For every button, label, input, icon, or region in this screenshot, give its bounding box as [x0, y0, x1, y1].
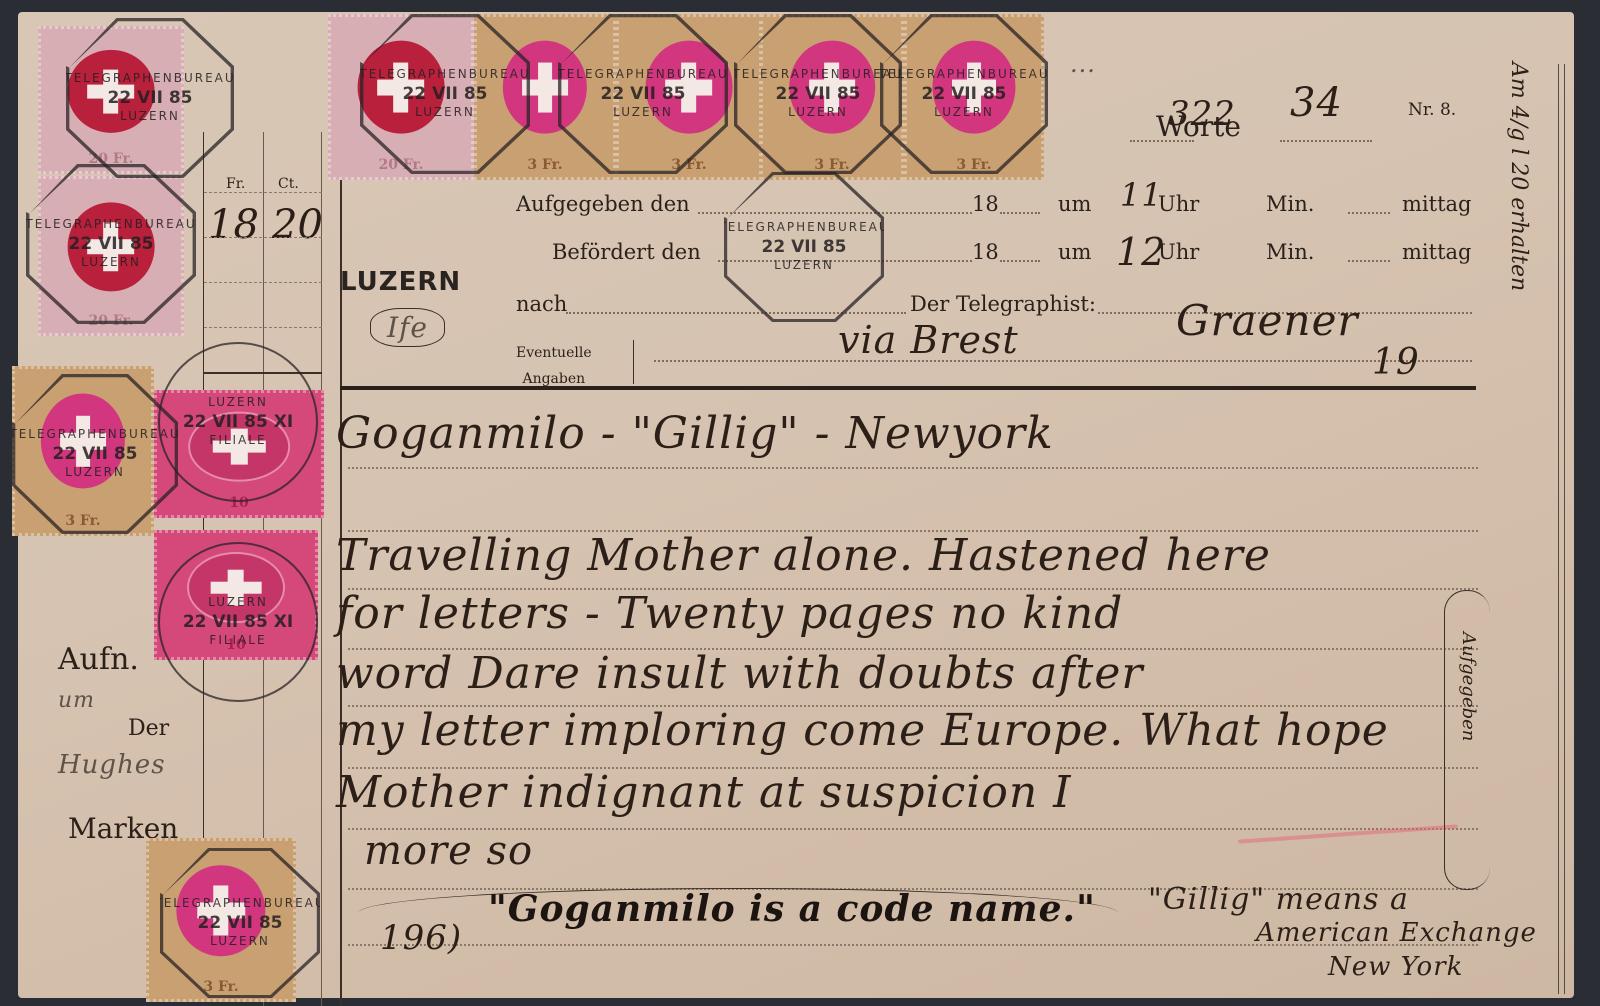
postmark-octagon: TELEGRAPHENBUREAU22 VII 85LUZERN — [880, 14, 1048, 174]
postmark-text: LUZERN — [359, 105, 530, 121]
um-label: um — [1058, 192, 1091, 216]
postmark-text: LUZERN — [9, 465, 180, 481]
message-line-4: my letter imploring come Europe. What ho… — [336, 705, 1389, 756]
postmark-octagon: TELEGRAPHENBUREAU22 VII 85LUZERN — [160, 848, 320, 998]
uhr-label: Uhr — [1158, 192, 1199, 216]
postmark-date: 22 VII 85 — [9, 443, 180, 465]
form-number: Nr. 8. — [1408, 100, 1456, 120]
postmark-text: TELEGRAPHENBUREAU — [154, 896, 325, 912]
eventuelle-angaben-label: Eventuelle Angaben — [516, 340, 592, 392]
postmark-date: 22 VII 85 XI — [183, 611, 293, 633]
dotted-line — [1348, 212, 1390, 214]
postmark-text: TELEGRAPHENBUREAU — [359, 67, 530, 83]
postmark-circle: LUZERN22 VII 85 XIFILIALE — [158, 542, 318, 702]
frame-line — [1564, 64, 1565, 994]
postmark-date: 22 VII 85 — [154, 912, 325, 934]
year-prefix: 18 — [972, 240, 999, 264]
divider — [204, 282, 322, 283]
postmark-text: TELEGRAPHENBUREAU — [878, 67, 1049, 83]
postmark-text: FILIALE — [183, 633, 293, 649]
code-name-note: "Goganmilo is a code name." — [488, 888, 1096, 930]
dotted-line — [1348, 260, 1390, 262]
postmark-text: LUZERN — [557, 105, 728, 121]
stamp-value: 3 Fr. — [527, 157, 562, 173]
message-line-6: more so — [364, 828, 533, 874]
fr-label: Fr. — [226, 176, 245, 192]
mittag-label: mittag — [1402, 240, 1471, 264]
circled-note: Ife — [370, 308, 445, 347]
message-line-2: for letters - Twenty pages no kind — [336, 588, 1123, 639]
nach-label: nach — [516, 292, 567, 316]
postmark-text: LUZERN — [183, 595, 293, 611]
postmark-date: 22 VII 85 — [718, 236, 889, 258]
postmark-date: 22 VII 85 — [25, 233, 196, 255]
postmark-text: LUZERN — [732, 105, 903, 121]
bracket — [633, 340, 634, 384]
telegraphist-name: Graener — [1176, 296, 1359, 345]
hughes-note: Hughes — [58, 750, 166, 780]
der-label: Der — [128, 716, 169, 741]
postmark-text: FILIALE — [183, 433, 293, 449]
postmark-text: TELEGRAPHENBUREAU — [64, 71, 235, 87]
year-prefix: 18 — [972, 192, 999, 216]
postmark-text: LUZERN — [183, 395, 293, 411]
eventuelle-label: Eventuelle — [516, 340, 592, 366]
um-note: um — [58, 688, 95, 713]
telegraphist-label: Der Telegraphist: — [910, 292, 1096, 316]
uhr-label: Uhr — [1158, 240, 1199, 264]
gillig-note-2: American Exchange — [1256, 918, 1537, 948]
word-count: 34 — [1290, 80, 1343, 126]
telegram-form: Fr. 18 Ct. 20 LUZERN Ife 322 Worte 34 Nr… — [18, 12, 1574, 998]
um-label: um — [1058, 240, 1091, 264]
via-route: via Brest — [838, 318, 1019, 362]
worte-label: Worte — [1156, 110, 1241, 143]
fr-value: 18 — [208, 202, 259, 248]
divider — [204, 237, 322, 238]
postmark-date: 22 VII 85 XI — [183, 411, 293, 433]
dotted-line — [1000, 260, 1040, 262]
telegraphist-number: 19 — [1372, 342, 1420, 383]
postmark-text: LUZERN — [154, 934, 325, 950]
postmark-circle: LUZERN22 VII 85 XIFILIALE — [158, 342, 318, 502]
postmark-text: TELEGRAPHENBUREAU — [732, 67, 903, 83]
postmark-text: TELEGRAPHENBUREAU — [557, 67, 728, 83]
header-rule — [340, 386, 1476, 390]
postmark-octagon: TELEGRAPHENBUREAU22 VII 85LUZERN — [360, 14, 530, 174]
postmark-text: LUZERN — [878, 105, 1049, 121]
side-box-note: Aufgegeben — [1458, 632, 1479, 741]
postmark-text: LUZERN — [718, 258, 889, 274]
postmark-date: 22 VII 85 — [732, 83, 903, 105]
postmark-octagon: TELEGRAPHENBUREAU22 VII 85LUZERN — [558, 14, 728, 174]
message-line-3: word Dare insult with doubts after — [336, 648, 1143, 699]
postmark-date: 22 VII 85 — [557, 83, 728, 105]
ct-label: Ct. — [278, 176, 299, 192]
min-label: Min. — [1266, 192, 1314, 216]
divider — [204, 327, 322, 328]
min-label: Min. — [1266, 240, 1314, 264]
office-name: LUZERN — [340, 267, 461, 297]
postmark-octagon: TELEGRAPHENBUREAU22 VII 85LUZERN — [26, 164, 196, 324]
right-margin-note: Am 4/g l 20 erhalten — [1506, 62, 1531, 291]
message-line-5: Mother indignant at suspicion I — [336, 767, 1072, 818]
postmark-text: TELEGRAPHENBUREAU — [25, 217, 196, 233]
postmark-text: TELEGRAPHENBUREAU — [718, 220, 889, 236]
message-address: Goganmilo - "Gillig" - Newyork — [336, 408, 1054, 459]
postmark-date: 22 VII 85 — [878, 83, 1049, 105]
befoerdert-label: Befördert den — [552, 240, 701, 264]
gillig-note-3: New York — [1328, 952, 1463, 982]
postmark-octagon: TELEGRAPHENBUREAU22 VII 85LUZERN — [734, 14, 902, 174]
dotted-line — [1000, 212, 1040, 214]
divider — [204, 192, 322, 193]
aufgegeben-hour: 11 — [1120, 176, 1163, 214]
dotted-line — [1280, 140, 1372, 142]
message-line-1: Travelling Mother alone. Hastened here — [336, 530, 1271, 581]
postmark-date: 22 VII 85 — [64, 87, 235, 109]
postmark-text: LUZERN — [64, 109, 235, 125]
mittag-label: mittag — [1402, 192, 1471, 216]
number-note: 196) — [380, 918, 462, 958]
postmark-text: LUZERN — [25, 255, 196, 271]
postmark-octagon: TELEGRAPHENBUREAU22 VII 85LUZERN — [724, 172, 884, 322]
aufgegeben-label: Aufgegeben den — [516, 192, 690, 216]
dotted-line — [654, 360, 1472, 362]
aufn-label: Aufn. — [58, 642, 139, 677]
message-line — [348, 467, 1478, 469]
postmark-text: TELEGRAPHENBUREAU — [9, 427, 180, 443]
top-scribble: ... — [1070, 50, 1096, 78]
ct-value: 20 — [272, 202, 323, 248]
dotted-line — [1130, 140, 1194, 142]
frame-line — [1558, 64, 1559, 994]
gillig-note: "Gillig" means a — [1148, 882, 1409, 917]
dotted-line — [566, 312, 906, 314]
postmark-date: 22 VII 85 — [359, 83, 530, 105]
